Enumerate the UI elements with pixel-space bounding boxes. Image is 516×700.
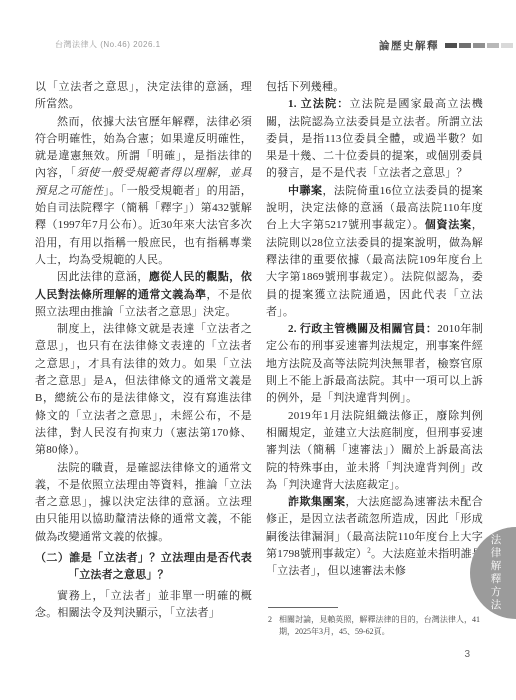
- paragraph: 包括下列幾種。: [266, 79, 483, 96]
- title-bar: [501, 43, 513, 49]
- paragraph: 以「立法者之意思」，決定法律的意涵，理所當然。: [35, 79, 252, 114]
- paragraph: 因此法律的意涵，應從人民的觀點，依人民對法條所理解的通常文義為準，不是依照立法理…: [35, 269, 252, 321]
- title-bars-decoration: [445, 43, 513, 49]
- paragraph: 制度上，法律條文就是表達「立法者之意思」，也只有在法律條文表達的「立法者之意思」…: [35, 321, 252, 459]
- paragraph: 實務上，「立法者」並非單一明確的概念。相關法令及判決顯示，「立法者」: [35, 588, 252, 623]
- title-bar: [445, 43, 457, 49]
- journal-label: 台灣法律人 (No.46) 2026.1: [55, 39, 161, 50]
- footnote-separator: [268, 607, 338, 608]
- page-number: 3: [464, 649, 470, 660]
- paragraph: 詐欺集團案，大法庭認為速審法未配合修正，是因立法者疏忽所造成，因此「形成嗣後法律…: [266, 494, 483, 580]
- paragraph: 1. 立法院：立法院是國家最高立法機關，法院認為立法委員是立法者。所謂立法委員，…: [266, 96, 483, 182]
- column-left: 以「立法者之意思」，決定法律的意涵，理所當然。然而，依據大法官歷年解釋，法律必須…: [35, 79, 252, 622]
- title-bar: [487, 43, 499, 49]
- page-header-right: 論歷史解釋: [379, 38, 513, 53]
- footnote: 2 相關討論，見賴英照，解釋法律的目的，台灣法律人，41期，2025年3月，45…: [266, 607, 480, 637]
- paragraph: 法院的職責，是確認法律條文的通常文義，不是依照立法理由等資料，推論「立法者之意思…: [35, 460, 252, 546]
- paragraph: 中聯案，法院倚重16位立法委員的提案說明，決定法條的意涵（最高法院110年度台上…: [266, 183, 483, 321]
- title-bar: [459, 43, 471, 49]
- text-columns: 以「立法者之意思」，決定法律的意涵，理所當然。然而，依據大法官歷年解釋，法律必須…: [35, 79, 483, 622]
- chapter-tab-label: 法律解釋方法: [483, 534, 504, 612]
- paragraph: 然而，依據大法官歷年解釋，法律必須符合明確性，始為合憲；如果違反明確性，就是違憲…: [35, 114, 252, 270]
- footnote-marker: 2: [266, 614, 272, 637]
- title-bar: [473, 43, 485, 49]
- section-heading: （二）誰是「立法者」？立法理由是否代表「立法者之意思」？: [35, 550, 252, 585]
- paragraph: 2. 行政主管機關及相關官員：2010年制定公布的刑事妥速審判法規定，刑事案件經…: [266, 321, 483, 407]
- paragraph: 2019年1月法院組織法修正，廢除判例相關規定，並建立大法庭制度，但刑事妥速審判…: [266, 408, 483, 494]
- article-title: 論歷史解釋: [379, 38, 439, 53]
- footnote-text: 相關討論，見賴英照，解釋法律的目的，台灣法律人，41期，2025年3月，45、5…: [279, 614, 480, 637]
- column-right: 包括下列幾種。1. 立法院：立法院是國家最高立法機關，法院認為立法委員是立法者。…: [266, 79, 483, 622]
